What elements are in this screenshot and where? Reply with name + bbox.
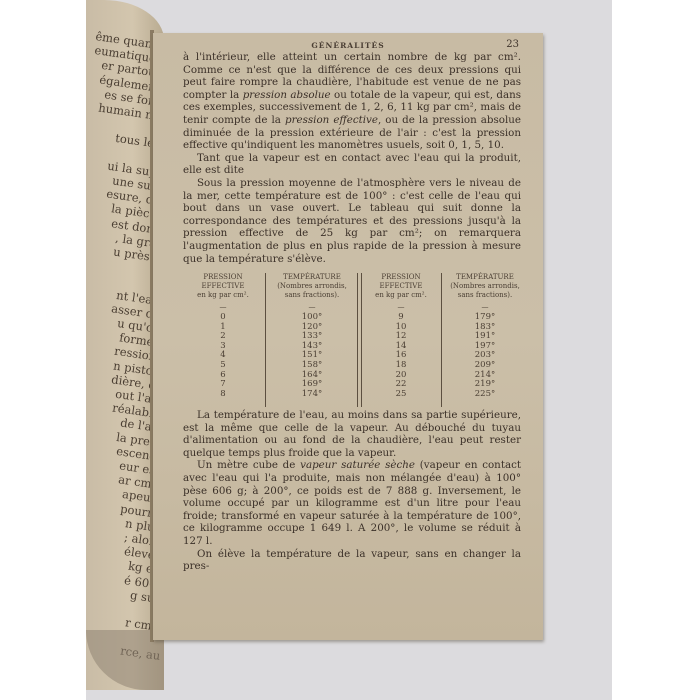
left-pressure-values: 012345678 xyxy=(185,313,261,399)
page-number: 23 xyxy=(506,39,519,50)
pressure-temperature-table: PRESSION EFFECTIVE en kg par cm². — 0123… xyxy=(183,273,521,409)
column-double-rule xyxy=(357,273,362,407)
paragraph-1: à l'intérieur, elle atteint un certain n… xyxy=(183,51,521,152)
left-temperature-values: 100°120°133°143°151°158°164°169°174° xyxy=(269,313,355,399)
left-page-line: rce, au xyxy=(119,643,161,662)
table-right-temperature-column: TEMPÉRATURE (Nombres arrondis, sans frac… xyxy=(445,273,525,399)
right-temperature-values: 179°183°191°197°203°209°214°219°225° xyxy=(445,313,525,399)
page-body: à l'intérieur, elle atteint un certain n… xyxy=(183,51,521,573)
table-cell: 8 xyxy=(185,390,261,400)
running-head: GÉNÉRALITÉS xyxy=(153,41,543,50)
column-rule xyxy=(441,273,442,407)
table-left-pressure-column: PRESSION EFFECTIVE en kg par cm². — 0123… xyxy=(185,273,261,399)
table-cell: 174° xyxy=(269,390,355,400)
paragraph-6: On élève la température de la vapeur, sa… xyxy=(183,548,521,573)
table-cell: 225° xyxy=(445,390,525,400)
paragraph-2: Tant que la vapeur est en contact avec l… xyxy=(183,152,521,177)
column-rule xyxy=(265,273,266,407)
table-cell: 25 xyxy=(365,390,437,400)
paragraph-3: Sous la pression moyenne de l'atmosphère… xyxy=(183,177,521,265)
paragraph-5: Un mètre cube de vapeur saturée sèche (v… xyxy=(183,459,521,547)
right-pressure-values: 91012141618202225 xyxy=(365,313,437,399)
table-left-temperature-column: TEMPÉRATURE (Nombres arrondis, sans frac… xyxy=(269,273,355,399)
paragraph-4: La température de l'eau, au moins dans s… xyxy=(183,409,521,459)
right-page: GÉNÉRALITÉS 23 à l'intérieur, elle attei… xyxy=(153,33,543,640)
table-right-pressure-column: PRESSION EFFECTIVE en kg par cm². — 9101… xyxy=(365,273,437,399)
